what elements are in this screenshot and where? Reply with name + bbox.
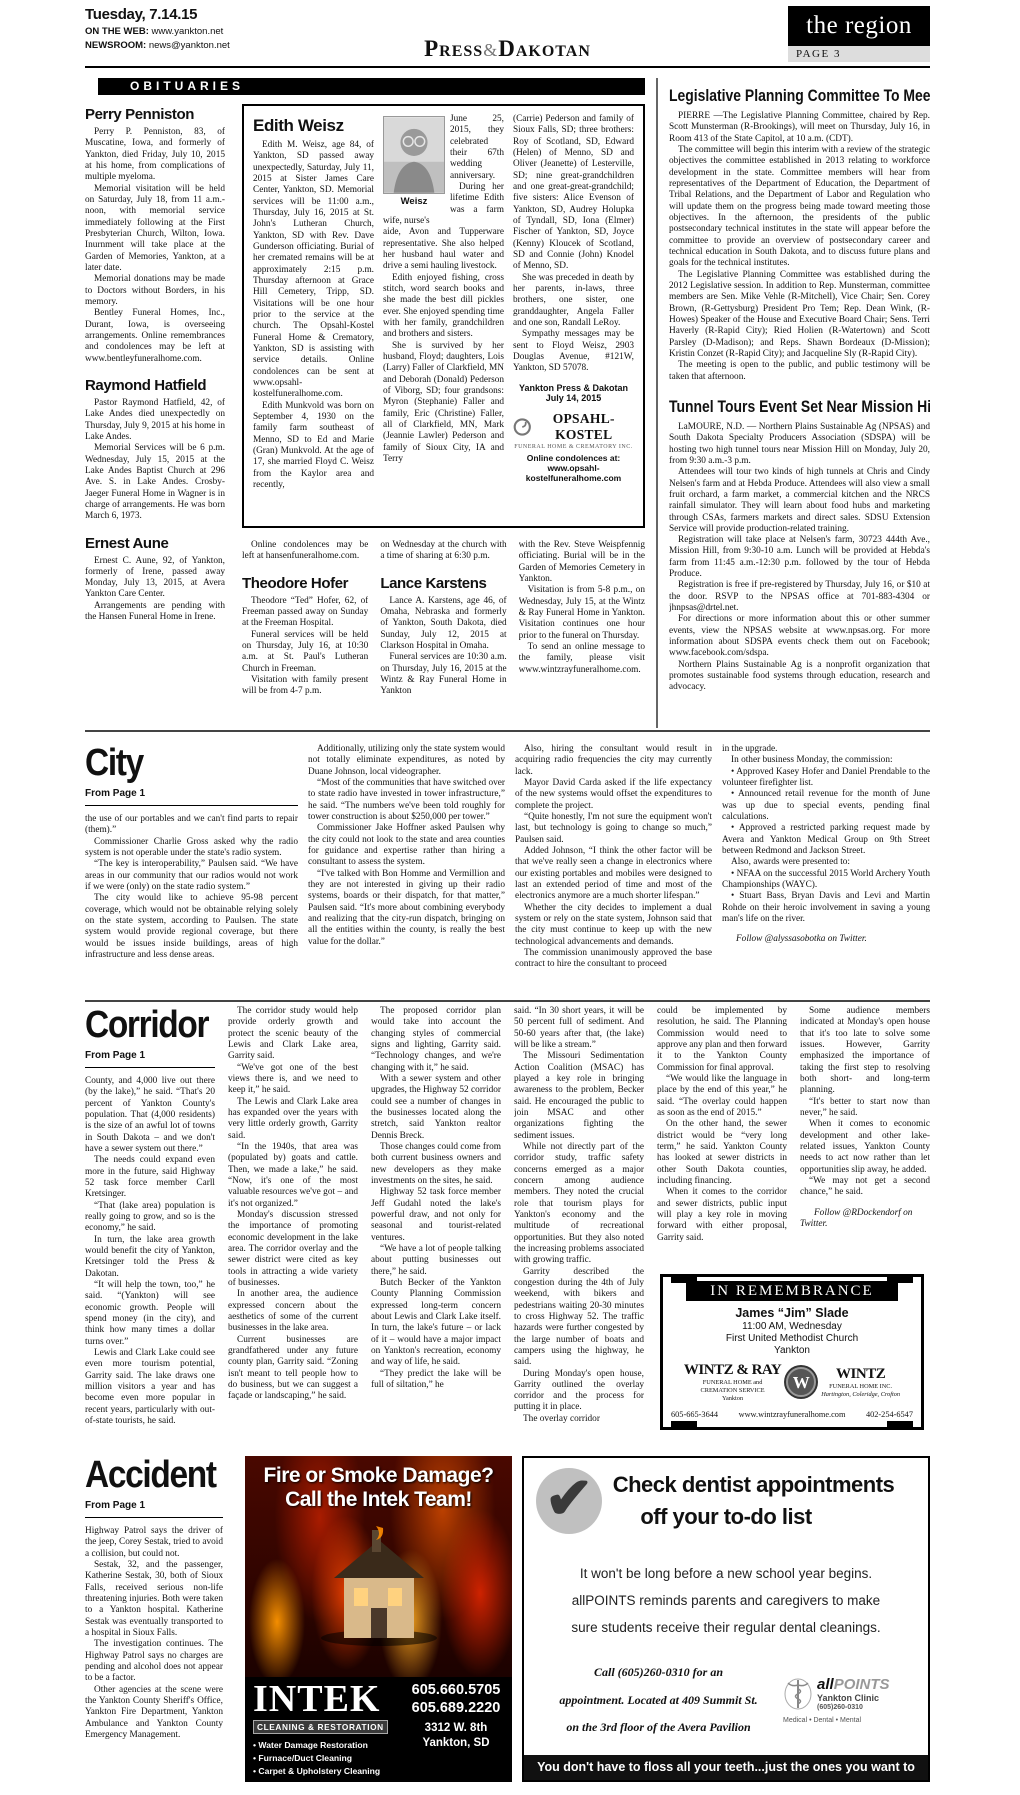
paragraph: “We would like the language in place by … (657, 1074, 787, 1119)
obituary-title: Raymond Hatfield (85, 377, 225, 394)
twitter-follow-line: Follow @alyssasobotka on Twitter. (722, 934, 930, 945)
funeral-home-name: OPSAHL-KOSTEL (534, 411, 634, 443)
paragraph: During Monday's open house, Garrity outl… (514, 1369, 644, 1414)
jump-headline: Corridor (85, 1006, 199, 1044)
phone-number: 605-665-3644 (671, 1410, 718, 1419)
service-time: 11:00 AM, Wednesday (669, 1321, 915, 1332)
condolences-url: www.opsahl-kostelfuneralhome.com (513, 463, 634, 483)
paragraph: Commissioner Charlie Gross asked why the… (85, 837, 298, 860)
obituary-title: Edith Weisz (253, 116, 374, 136)
obituary-column-4: with the Rev. Steve Weispfennig officiat… (519, 540, 645, 726)
logo-points: POINTS (834, 1676, 890, 1693)
paragraph: could be implemented by resolution, he s… (657, 1006, 787, 1074)
weisz-column-c: (Carrie) Pederson and family of Sioux Fa… (513, 114, 634, 518)
section-banner: the region PAGE 3 (788, 6, 930, 62)
city-column-2: Additionally, utilizing only the state s… (308, 744, 505, 998)
clinic-name: Yankton Clinic (817, 1693, 890, 1703)
obituaries-columns: Perry Penniston Perry P. Penniston, 83, … (85, 104, 645, 726)
caduceus-icon (783, 1677, 813, 1711)
credit-paper: Yankton Press & Dakotan (513, 383, 634, 393)
paragraph: Additionally, utilizing only the state s… (308, 744, 505, 778)
wintz-ray-sub: CREMATION SERVICE (684, 1387, 781, 1395)
jump-headline-block: Accident From Page 1 (85, 1456, 223, 1518)
corridor-column-6: Some audience members indicated at Monda… (800, 1006, 930, 1268)
city-column-4: in the upgrade.In other business Monday,… (722, 744, 930, 998)
call-to-action: Call (605)260-0310 for an appointment. L… (534, 1659, 783, 1742)
from-page-label: From Page 1 (85, 1050, 215, 1061)
paragraph: Mayor David Carda asked if the life expe… (515, 778, 712, 812)
paragraph: Visitation with family present will be f… (242, 675, 368, 698)
paragraph: Some audience members indicated at Monda… (800, 1006, 930, 1097)
obituary-body: (Carrie) Pederson and family of Sioux Fa… (513, 114, 634, 375)
city-jump-story: City From Page 1 the use of our portable… (85, 744, 930, 998)
phone-number: 402-254-6547 (866, 1410, 913, 1419)
intek-ad-top: Fire or Smoke Damage? Call the Intek Tea… (245, 1456, 512, 1677)
article-legislative: Legislative Planning Committee To Meet P… (669, 86, 930, 383)
paragraph: Visitation is from 5-8 p.m., on Wednesda… (519, 585, 645, 642)
paragraph: Garrity described the congestion during … (514, 1267, 644, 1369)
paragraph: Funeral services are 10:30 a.m. on Thurs… (380, 652, 506, 697)
obituary-body: aide, Avon and Tupperware representative… (383, 227, 504, 465)
obituary-title: Ernest Aune (85, 535, 225, 552)
ad-footer-tagline: You don't have to floss all your teeth..… (524, 1755, 928, 1780)
opsahl-swirl-icon (513, 416, 532, 438)
jump-headline: City (85, 744, 272, 782)
paragraph: On the other hand, the sewer district wo… (657, 1119, 787, 1187)
paragraph: Edith Munkvold was born on September 4, … (253, 401, 374, 492)
obituary-title: Lance Karstens (380, 575, 506, 592)
paragraph: The meeting is open to the public, and p… (669, 360, 930, 383)
obituaries-area: OBITUARIES Perry Penniston Perry P. Penn… (85, 78, 645, 728)
address-city: Yankton, SD (408, 1736, 504, 1751)
obituary-column-2: Online condolences may be left at hansen… (242, 540, 368, 726)
story-body: Additionally, utilizing only the state s… (308, 744, 505, 948)
page-header: Tuesday, 7.14.15 ON THE WEB: www.yankton… (85, 6, 930, 64)
ad-body-text: It won't be long before a new school yea… (534, 1560, 918, 1641)
paragraph: Lance A. Karstens, age 46, of Omaha, Neb… (380, 596, 506, 653)
service-item: • Water Damage Restoration (253, 1739, 400, 1752)
phone-number: 605.689.2220 (408, 1699, 504, 1717)
paragraph: in the upgrade. (722, 744, 930, 755)
intek-brand: INTEK (253, 1681, 400, 1717)
obituaries-below-box: Online condolences may be left at hansen… (242, 540, 645, 726)
article-headline: Tunnel Tours Event Set Near Mission Hill (669, 397, 883, 417)
paragraph: Also, hiring the consultant would result… (515, 744, 712, 778)
section-rule (85, 730, 930, 732)
obituary-body: Ernest C. Aune, 92, of Yankton, formerly… (85, 556, 225, 624)
paragraph: Sestak, 32, and the passenger, Katherine… (85, 1560, 223, 1639)
paragraph: Ernest C. Aune, 92, of Yankton, formerly… (85, 556, 225, 601)
paragraph: said. “In 30 short years, it will be 50 … (514, 1006, 644, 1051)
paragraph: The commission unanimously approved the … (515, 948, 712, 971)
corner-ornament (887, 1421, 913, 1430)
paragraph: “Most of the communities that have switc… (308, 778, 505, 823)
story-body: County, and 4,000 live out there (by the… (85, 1076, 215, 1427)
article-tunnel-tours: Tunnel Tours Event Set Near Mission Hill… (669, 397, 930, 694)
paragraph: Highway 52 task force member Jeff Gudahl… (371, 1187, 501, 1244)
paragraph: “We've got one of the best views there i… (228, 1063, 358, 1097)
paragraph: The city would like to achieve 95-98 per… (85, 893, 298, 961)
paragraph: Sympathy messages may be sent to Floyd W… (513, 329, 634, 374)
accident-jump-story: Accident From Page 1 Highway Patrol says… (85, 1456, 223, 1795)
article-headline: Legislative Planning Committee To Meet (669, 86, 883, 106)
story-body: could be implemented by resolution, he s… (657, 1006, 787, 1244)
intek-services-list: • Water Damage Restoration • Furnace/Duc… (253, 1739, 400, 1778)
paragraph: Other agencies at the scene were the Yan… (85, 1685, 223, 1742)
region-articles: Legislative Planning Committee To Meet P… (669, 78, 930, 728)
paragraph: Attendees will tour two kinds of high tu… (669, 467, 930, 535)
story-body: Some audience members indicated at Monda… (800, 1006, 930, 1199)
corridor-column-2: The corridor study would help provide or… (228, 1006, 358, 1448)
obituary-body: Online condolences may be left at hansen… (242, 540, 368, 563)
paragraph: Highway Patrol says the driver of the je… (85, 1526, 223, 1560)
jump-headline: Accident (85, 1456, 206, 1494)
paragraph: Commissioner Jake Hoffner asked Paulsen … (308, 823, 505, 868)
wintz-sub: FUNERAL HOME INC. (821, 1383, 900, 1391)
paragraph: (Carrie) Pederson and family of Sioux Fa… (513, 114, 634, 273)
paragraph: Whether the city decides to implement a … (515, 903, 712, 948)
in-remembrance-ad: IN REMEMBRANCE James “Jim” Slade 11:00 A… (660, 1274, 924, 1430)
obituary-body: Theodore “Ted” Hofer, 62, of Freeman pas… (242, 596, 368, 698)
obituary-body: Edith M. Weisz, age 84, of Yankton, SD p… (253, 140, 374, 491)
paragraph: Those changes could come from both curre… (371, 1142, 501, 1187)
burning-house-image (245, 1516, 512, 1651)
from-page-label: From Page 1 (85, 788, 298, 799)
paragraph: • Approved a restricted parking request … (722, 823, 930, 857)
paragraph: “That (lake area) population is really g… (85, 1201, 215, 1235)
clinic-phone: (605)260-0310 (817, 1704, 890, 1711)
funeral-home-logo: OPSAHL-KOSTEL FUNERAL HOME & CREMATORY I… (513, 411, 634, 483)
paragraph: with the Rev. Steve Weispfennig officiat… (519, 540, 645, 585)
obituary-body: with the Rev. Steve Weispfennig officiat… (519, 540, 645, 676)
story-body: said. “In 30 short years, it will be 50 … (514, 1006, 644, 1425)
paragraph: LaMOURE, N.D. — Northern Plains Sustaina… (669, 422, 930, 467)
service-item: • Furnace/Duct Cleaning (253, 1752, 400, 1765)
condolences-label: Online condolences at: (513, 453, 634, 463)
wintz-ray-sub: FUNERAL HOME and (684, 1379, 781, 1387)
paragraph: Memorial donations may be made to Doctor… (85, 274, 225, 308)
wintz-name: WINTZ (821, 1366, 900, 1383)
logo-all: all (817, 1676, 834, 1693)
paragraph: Edith M. Weisz, age 84, of Yankton, SD p… (253, 140, 374, 401)
paragraph: • Stuart Bass, Bryan Davis and Levi and … (722, 891, 930, 925)
service-item: • Carpet & Upholstery Cleaning (253, 1765, 400, 1778)
body-line: It won't be long before a new school yea… (534, 1560, 918, 1587)
funeral-home-subtitle: FUNERAL HOME & CREMATORY INC. (513, 444, 634, 450)
paragraph: The Missouri Sedimentation Action Coalit… (514, 1051, 644, 1142)
call-line: on the 3rd floor of the Avera Pavilion (534, 1714, 783, 1742)
paragraph: aide, Avon and Tupperware representative… (383, 227, 504, 272)
intek-ad: Fire or Smoke Damage? Call the Intek Tea… (245, 1456, 512, 1782)
paragraph: • Announced retail revenue for the month… (722, 789, 930, 823)
paragraph: To send an online message to the family,… (519, 642, 645, 676)
masthead-press: Press (424, 36, 483, 61)
paragraph: Butch Becker of the Yankton County Plann… (371, 1278, 501, 1369)
header-rule (85, 66, 930, 68)
wintz-cities: Hartington, Coleridge, Crofton (821, 1391, 900, 1399)
clinic-services: Medical • Dental • Mental (783, 1717, 918, 1724)
paragraph: In another area, the audience expressed … (228, 1289, 358, 1334)
paragraph: “Quite honestly, I'm not sure the equipm… (515, 812, 712, 846)
call-line: appointment. Located at 409 Summit St. (534, 1687, 783, 1715)
newspaper-page: Tuesday, 7.14.15 ON THE WEB: www.yankton… (0, 0, 1020, 1795)
jump-headline-block: Corridor From Page 1 (85, 1006, 215, 1068)
remembrance-banner: IN REMEMBRANCE (686, 1281, 898, 1301)
featured-obituary-box: Edith Weisz Edith M. Weisz, age 84, of Y… (242, 104, 645, 528)
paragraph: Online condolences may be left at hansen… (242, 540, 368, 563)
intek-headline: Fire or Smoke Damage? (245, 1464, 512, 1488)
paragraph: “We have a lot of people talking about p… (371, 1244, 501, 1278)
vertical-divider (656, 78, 658, 728)
paragraph: “It will help the town, too,” he said. “… (85, 1280, 215, 1348)
paragraph: The proposed corridor plan would take in… (371, 1006, 501, 1074)
intek-subheadline: Call the Intek Team! (245, 1488, 512, 1512)
paragraph: The committee will begin this interim wi… (669, 145, 930, 270)
paragraph: Lewis and Clark Lake could see even more… (85, 1348, 215, 1427)
paragraph: With a sewer system and other upgrades, … (371, 1074, 501, 1142)
paragraph: Bentley Funeral Homes, Inc., Durant, Iow… (85, 308, 225, 365)
paragraph: Monday's discussion stressed the importa… (228, 1210, 358, 1289)
paragraph: Pastor Raymond Hatfield, 42, of Lake And… (85, 398, 225, 443)
story-body: The corridor study would help provide or… (228, 1006, 358, 1402)
body-line: allPOINTS reminds parents and caregivers… (534, 1587, 918, 1614)
paragraph: The corridor study would help provide or… (228, 1006, 358, 1063)
story-body: the use of our portables and we can't fi… (85, 814, 298, 961)
paragraph: The investigation continues. The Highway… (85, 1639, 223, 1684)
page-number: PAGE 3 (788, 46, 930, 62)
section-rule (85, 1000, 930, 1002)
story-body: Also, hiring the consultant would result… (515, 744, 712, 971)
paragraph: the use of our portables and we can't fi… (85, 814, 298, 837)
paragraph: She is survived by her husband, Floyd; d… (383, 341, 504, 466)
corridor-column-1: Corridor From Page 1 County, and 4,000 l… (85, 1006, 215, 1448)
city-column-1: City From Page 1 the use of our portable… (85, 744, 298, 998)
paragraph: Perry P. Penniston, 83, of Muscatine, Io… (85, 127, 225, 184)
credit-date: July 14, 2015 (513, 393, 634, 403)
corridor-column-4: said. “In 30 short years, it will be 50 … (514, 1006, 644, 1448)
paragraph: Theodore “Ted” Hofer, 62, of Freeman pas… (242, 596, 368, 630)
paragraph: “The key is interoperability,” Paulsen s… (85, 859, 298, 893)
corridor-column-3: The proposed corridor plan would take in… (371, 1006, 501, 1448)
call-line: Call (605)260-0310 for an (534, 1659, 783, 1687)
wintz-ray-city: Yankton (684, 1395, 781, 1403)
paragraph: County, and 4,000 live out there (by the… (85, 1076, 215, 1155)
obituary-title: Perry Penniston (85, 106, 225, 123)
corridor-column-5: could be implemented by resolution, he s… (657, 1006, 787, 1268)
deceased-name: James “Jim” Slade (669, 1306, 915, 1320)
wintz-ray-logo: WINTZ & RAY FUNERAL HOME and CREMATION S… (684, 1362, 781, 1403)
obituary-title: Theodore Hofer (242, 575, 368, 592)
corner-ornament (671, 1274, 697, 1283)
wintz-ray-name: WINTZ & RAY (684, 1362, 781, 1379)
article-body: LaMOURE, N.D. — Northern Plains Sustaina… (669, 422, 930, 694)
weisz-column-a: Edith Weisz Edith M. Weisz, age 84, of Y… (253, 114, 374, 518)
weisz-column-b: Weisz June 25, 2015, they celebrated the… (383, 114, 504, 518)
bottom-section: Accident From Page 1 Highway Patrol says… (85, 1456, 930, 1795)
paragraph: The needs could expand even more in the … (85, 1155, 215, 1200)
paragraph: Registration will take place at Nelsen's… (669, 535, 930, 580)
paragraph: Also, awards were presented to: (722, 857, 930, 868)
website-url: www.wintzrayfuneralhome.com (739, 1410, 846, 1419)
story-body: The proposed corridor plan would take in… (371, 1006, 501, 1391)
obituary-body: on Wednesday at the church with a time o… (380, 540, 506, 563)
paragraph: For directions or more information about… (669, 614, 930, 659)
corridor-jump-story: Corridor From Page 1 County, and 4,000 l… (85, 1006, 930, 1448)
body-line: sure students receive their regular dent… (534, 1614, 918, 1641)
paragraph: “In the 1940s, that area was (populated … (228, 1142, 358, 1210)
contact-row: 605-665-3644 www.wintzrayfuneralhome.com… (669, 1410, 915, 1419)
obituaries-bar: OBITUARIES (98, 78, 645, 95)
masthead-ampersand: & (483, 40, 498, 60)
allpoints-logo: allPOINTS Yankton Clinic (605)260-0310 M… (783, 1676, 918, 1724)
paragraph: PIERRE —The Legislative Planning Committ… (669, 111, 930, 145)
w-monogram-icon: W (786, 1367, 816, 1397)
funeral-home-logos: WINTZ & RAY FUNERAL HOME and CREMATION S… (669, 1362, 915, 1403)
section-name: the region (788, 6, 930, 46)
twitter-follow-line: Follow @RDockendorf on Twitter. (800, 1208, 930, 1231)
paragraph: While not directly part of the corridor … (514, 1142, 644, 1267)
intek-brand-subtitle: CLEANING & RESTORATION (253, 1720, 388, 1734)
portrait-photo (383, 116, 445, 194)
story-body: Highway Patrol says the driver of the je… (85, 1526, 223, 1741)
paragraph: Edith enjoyed fishing, cross stitch, wor… (383, 273, 504, 341)
paragraph: • NFAA on the successful 2015 World Arch… (722, 869, 930, 892)
paragraph: When it comes to economic development an… (800, 1119, 930, 1176)
corner-ornament (671, 1421, 697, 1430)
paragraph: Memorial Services will be 6 p.m. Wednesd… (85, 443, 225, 522)
obituary-body: Perry P. Penniston, 83, of Muscatine, Io… (85, 127, 225, 365)
service-location: First United Methodist Church (669, 1333, 915, 1344)
paragraph: When it comes to the corridor and sewer … (657, 1187, 787, 1244)
wintz-logo: WINTZ FUNERAL HOME INC. Hartington, Cole… (821, 1366, 900, 1399)
story-body: in the upgrade.In other business Monday,… (722, 744, 930, 925)
allpoints-dental-ad: ✔ Check dentist appointments off your to… (522, 1456, 930, 1782)
paragraph: The Legislative Planning Committee was e… (669, 270, 930, 361)
jump-headline-block: City From Page 1 (85, 744, 298, 806)
paragraph: Arrangements are pending with the Hansen… (85, 601, 225, 624)
checkmark-icon: ✔ (536, 1468, 602, 1534)
obituary-sub-area: Edith Weisz Edith M. Weisz, age 84, of Y… (242, 104, 645, 726)
obituary-body: Pastor Raymond Hatfield, 42, of Lake And… (85, 398, 225, 523)
paragraph: • Approved Kasey Hofer and Daniel Prenda… (722, 767, 930, 790)
paragraph: “We may not get a second chance,” he sai… (800, 1176, 930, 1199)
paragraph: Northern Plains Sustainable Ag is a nonp… (669, 660, 930, 694)
paragraph: Funeral services will be held on Thursda… (242, 630, 368, 675)
paragraph: “It's better to start now than never,” h… (800, 1097, 930, 1120)
corner-ornament (887, 1274, 913, 1283)
paragraph: Memorial visitation will be held on Satu… (85, 184, 225, 275)
paragraph: on Wednesday at the church with a time o… (380, 540, 506, 563)
paragraph: Added Johnson, “I think the other factor… (515, 846, 712, 903)
paragraph: Current businesses are grandfathered und… (228, 1335, 358, 1403)
from-page-label: From Page 1 (85, 1500, 223, 1511)
obituary-body: Lance A. Karstens, age 46, of Omaha, Neb… (380, 596, 506, 698)
obituary-column-1: Perry Penniston Perry P. Penniston, 83, … (85, 104, 225, 724)
masthead-dakotan: Dakotan (498, 36, 591, 61)
intek-ad-bottom: INTEK CLEANING & RESTORATION • Water Dam… (245, 1677, 512, 1782)
top-section: OBITUARIES Perry Penniston Perry P. Penn… (85, 78, 930, 728)
street-address: 3312 W. 8th Yankton, SD (408, 1721, 504, 1751)
paragraph: “I've talked with Bon Homme and Vermilli… (308, 869, 505, 948)
paragraph: The overlay corridor (514, 1414, 644, 1425)
paragraph: In turn, the lake area growth would bene… (85, 1235, 215, 1280)
credit-line: Yankton Press & Dakotan July 14, 2015 (513, 383, 634, 403)
service-city: Yankton (669, 1345, 915, 1356)
phone-number: 605.660.5705 (408, 1681, 504, 1699)
obituary-photo: Weisz (383, 116, 445, 207)
paragraph: She was preceded in death by her parents… (513, 273, 634, 330)
paragraph: The Lewis and Clark Lake area has expand… (228, 1097, 358, 1142)
paragraph: In other business Monday, the commission… (722, 755, 930, 766)
article-body: PIERRE —The Legislative Planning Committ… (669, 111, 930, 383)
photo-caption: Weisz (383, 196, 445, 207)
city-column-3: Also, hiring the consultant would result… (515, 744, 712, 998)
paragraph: “They predict the lake will be full of s… (371, 1369, 501, 1392)
address-line: 3312 W. 8th (408, 1721, 504, 1736)
paragraph: Registration is free if pre-registered b… (669, 580, 930, 614)
obituary-column-3: on Wednesday at the church with a time o… (380, 540, 506, 726)
